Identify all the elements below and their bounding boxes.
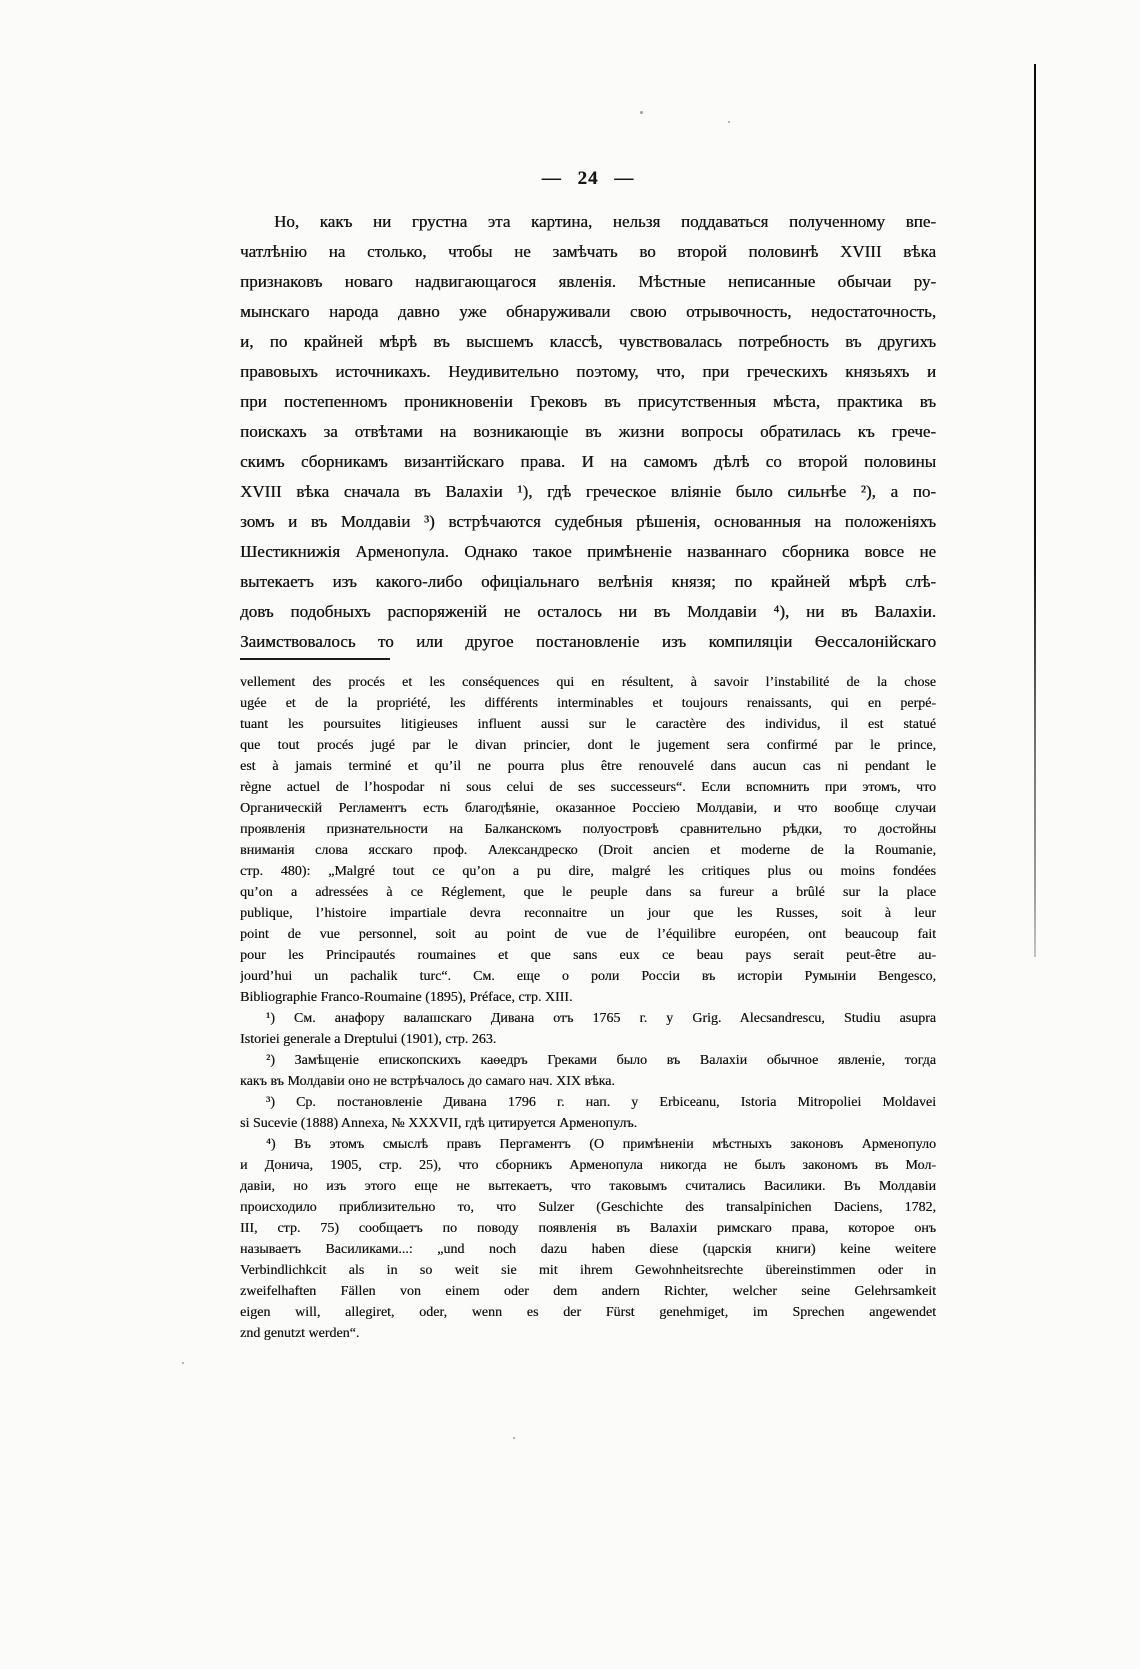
- body-text-line: вытекаетъ изъ какого-либо офиціальнаго в…: [240, 567, 936, 597]
- footnote-line: règne actuel de l’hospodar ni sous celui…: [240, 777, 936, 798]
- scanned-page: — 24 — Но, какъ ни грустна эта картина, …: [0, 0, 1140, 1669]
- footnote-line: tuant les poursuites litigieuses influen…: [240, 714, 936, 735]
- footnote-line: Bibliographie Franco-Roumaine (1895), Pr…: [240, 987, 936, 1008]
- footnote-line: ²) Замѣщеніе епископскихъ каѳедръ Грекам…: [240, 1050, 936, 1071]
- footnote-line: zweifelhaften Fällen von einem oder dem …: [240, 1281, 936, 1302]
- footnote-line: проявленія признательности на Балканском…: [240, 819, 936, 840]
- footnote-line: Istoriei generale a Dreptului (1901), ст…: [240, 1029, 936, 1050]
- scan-speck: [728, 121, 730, 123]
- footnote-line: que tout procés jugé par le divan princi…: [240, 735, 936, 756]
- footnote-line: называетъ Василиками...: „und noch dazu …: [240, 1239, 936, 1260]
- footnote-line: и Донича, 1905, стр. 25), что сборникъ А…: [240, 1155, 936, 1176]
- footnote-line: est à jamais terminé et qu’il ne pourra …: [240, 756, 936, 777]
- body-text-line: при постепенномъ проникновеніи Грековъ в…: [240, 387, 936, 417]
- body-text-line: чатлѣнію на столько, чтобы не замѣчать в…: [240, 237, 936, 267]
- scan-vertical-line: [1034, 64, 1036, 957]
- footnote-line: point de vue personnel, soit au point de…: [240, 924, 936, 945]
- footnote-line: znd genutzt werden“.: [240, 1323, 936, 1344]
- page-number: — 24 —: [240, 168, 936, 190]
- footnote-line: какъ въ Молдавіи оно не встрѣчалось до с…: [240, 1071, 936, 1092]
- body-text-line: Заимствовалось то или другое постановлен…: [240, 627, 936, 657]
- body-text-line: Но, какъ ни грустна эта картина, нельзя …: [240, 207, 936, 237]
- footnote-line: происходило приблизительно то, что Sulze…: [240, 1197, 936, 1218]
- footnote-line: vellement des procés et les conséquences…: [240, 672, 936, 693]
- footnote-separator: [240, 658, 390, 660]
- footnote-line: pour les Principautés roumaines et que s…: [240, 945, 936, 966]
- footnote-line: ugée et de la propriété, les différents …: [240, 693, 936, 714]
- body-text-line: XVIII вѣка сначала въ Валахіи ¹), гдѣ гр…: [240, 477, 936, 507]
- footnote-line: qu’on a adressées à ce Réglement, que le…: [240, 882, 936, 903]
- footnote-line: ¹) См. анафору валашскаго Дивана отъ 176…: [240, 1008, 936, 1029]
- body-text-line: признаковъ новаго надвигающагося явленія…: [240, 267, 936, 297]
- scan-speck: [513, 1437, 515, 1439]
- footnote-line: ³) Ср. постановленіе Дивана 1796 г. нап.…: [240, 1092, 936, 1113]
- footnote-line: Органическій Регламентъ есть благодѣяніе…: [240, 798, 936, 819]
- footnote-line: давіи, но изъ этого еще не вытекаетъ, чт…: [240, 1176, 936, 1197]
- body-text-line: мынскаго народа давно уже обнаруживали с…: [240, 297, 936, 327]
- footnote-block: vellement des procés et les conséquences…: [240, 672, 936, 1344]
- footnote-line: стр. 480): „Malgré tout ce qu’on a pu di…: [240, 861, 936, 882]
- body-text-line: Шестикнижія Арменопула. Однако такое при…: [240, 537, 936, 567]
- footnote-line: ⁴) Въ этомъ смыслѣ правъ Пергаментъ (О п…: [240, 1134, 936, 1155]
- scan-speck: [182, 1362, 184, 1364]
- footnote-line: Verbindlichkcit als in so weit sie mit i…: [240, 1260, 936, 1281]
- body-text-line: и, по крайней мѣрѣ въ высшемъ классѣ, чу…: [240, 327, 936, 357]
- body-text-line: правовыхъ источникахъ. Неудивительно поэ…: [240, 357, 936, 387]
- footnote-line: вниманія слова ясскаго проф. Александрес…: [240, 840, 936, 861]
- footnote-line: publique, l’histoire impartiale devra re…: [240, 903, 936, 924]
- scan-speck: [640, 111, 643, 114]
- body-paragraph: Но, какъ ни грустна эта картина, нельзя …: [240, 207, 936, 657]
- footnote-line: eigen will, allegiret, oder, wenn es der…: [240, 1302, 936, 1323]
- body-text-line: скимъ сборникамъ византійскаго права. И …: [240, 447, 936, 477]
- body-text-line: довъ подобныхъ распоряженій не осталось …: [240, 597, 936, 627]
- footnote-line: si Sucevie (1888) Annexa, № XXXVII, гдѣ …: [240, 1113, 936, 1134]
- footnote-line: jourd’hui un pachalik turc“. См. еще о р…: [240, 966, 936, 987]
- body-text-line: зомъ и въ Молдавіи ³) встрѣчаются судебн…: [240, 507, 936, 537]
- body-text-line: поискахъ за отвѣтами на возникающіе въ ж…: [240, 417, 936, 447]
- footnote-line: III, стр. 75) сообщаетъ по поводу появле…: [240, 1218, 936, 1239]
